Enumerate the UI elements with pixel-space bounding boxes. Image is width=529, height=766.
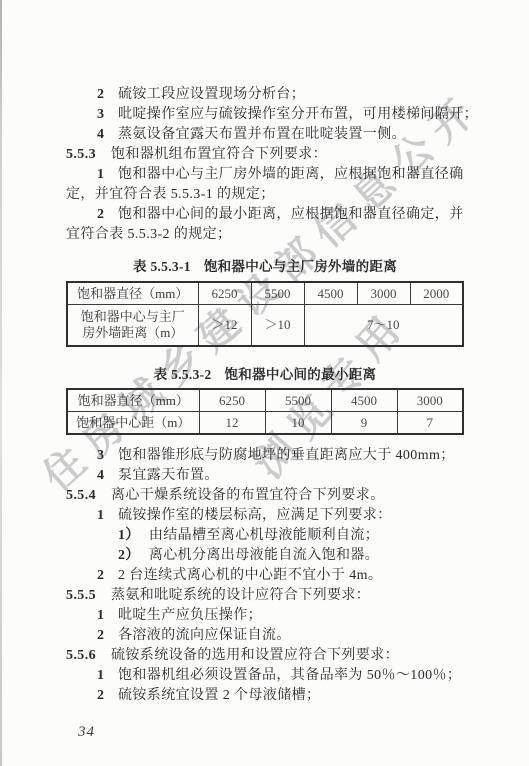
- item-number: 2: [97, 566, 105, 586]
- item-text: 由结晶槽至离心机母液能顺利自流；: [149, 528, 379, 543]
- item-text: 硫铵操作室的楼层标高，应满足下列要求：: [118, 508, 392, 523]
- item-number: 2: [97, 85, 105, 105]
- item-text: 吡啶操作室应与硫铵操作室分开布置，可用楼梯间隔开；: [118, 107, 478, 122]
- body-line: 1硫铵操作室的楼层标高，应满足下列要求：: [66, 506, 464, 526]
- item-number: 4: [97, 466, 105, 486]
- value-cell: 6250: [198, 282, 251, 305]
- page-number: 34: [78, 724, 464, 741]
- item-number: 1: [97, 666, 105, 686]
- body-line: 3饱和器锥形底与防腐地坪的垂直距离应大于 400mm；: [66, 446, 464, 466]
- row-label-cell: 饱和器直径（mm）: [67, 389, 199, 412]
- body-line: 2硫铵系统宜设置 2 个母液储槽；: [66, 686, 464, 706]
- body-line-continuation: 宜符合表 5.5.3-2 的规定；: [66, 225, 464, 245]
- row-label-cell: 饱和器中心距（m）: [67, 412, 199, 435]
- item-text: 各溶液的流向应保证自流。: [118, 628, 291, 643]
- value-cell-merged: 7～10: [304, 305, 463, 347]
- section-heading: 5.5.4离心干燥系统设备的布置宜符合下列要求。: [66, 486, 464, 506]
- row-label-cell: 饱和器中心与主厂房外墙距离（m）: [67, 305, 198, 347]
- sub-item-line: 1）由结晶槽至离心机母液能顺利自流；: [66, 526, 464, 546]
- item-text: 硫铵系统宜设置 2 个母液储槽；: [118, 688, 320, 703]
- item-text: 饱和器锥形底与防腐地坪的垂直距离应大于 400mm；: [118, 448, 455, 463]
- sub-item-number: 2）: [118, 548, 140, 563]
- section-number: 5.5.3: [66, 147, 96, 162]
- table-row: 饱和器直径（mm） 6250 5500 4500 3000 2000: [67, 282, 463, 305]
- value-cell: 2000: [410, 282, 463, 305]
- item-number: 1: [97, 606, 105, 626]
- section-number: 5.5.5: [66, 588, 96, 603]
- body-line: 2硫铵工段应设置现场分析台；: [66, 85, 464, 105]
- value-cell: 7: [397, 412, 463, 435]
- value-cell: 3000: [357, 282, 410, 305]
- value-cell: 4500: [304, 282, 357, 305]
- table-saturator-center-distance: 饱和器直径（mm） 6250 5500 4500 3000 饱和器中心距（m） …: [66, 388, 464, 435]
- row-label-cell: 饱和器直径（mm）: [67, 282, 198, 305]
- item-number: 2: [97, 686, 105, 706]
- table-2-caption-label: 表 5.5.3-2: [154, 367, 212, 382]
- value-cell: 9: [331, 412, 397, 435]
- item-text: 2 台连续式离心机的中心距不宜小于 4m。: [118, 568, 382, 583]
- item-number: 1: [97, 506, 105, 526]
- item-text: 饱和器中心与主厂房外墙的距离，应根据饱和器直径确: [118, 167, 464, 182]
- table-1-caption: 表 5.5.3-1饱和器中心与主厂房外墙的距离: [66, 258, 464, 276]
- sub-item-line: 2）离心机分离出母液能自流入饱和器。: [66, 546, 464, 566]
- section-text: 离心干燥系统设备的布置宜符合下列要求。: [111, 488, 385, 503]
- body-line-continuation: 定，并宜符合表 5.5.3-1 的规定；: [66, 185, 464, 205]
- value-cell: 3000: [397, 389, 463, 412]
- section-number: 5.5.4: [66, 488, 96, 503]
- table-row: 饱和器中心距（m） 12 10 9 7: [67, 412, 463, 435]
- body-line: 4泵宜露天布置。: [66, 466, 464, 486]
- section-text: 饱和器机组布置宜符合下列要求：: [111, 147, 327, 162]
- item-number: 4: [97, 125, 105, 145]
- table-1-caption-label: 表 5.5.3-1: [133, 259, 191, 274]
- value-cell: ＞12: [198, 305, 251, 347]
- body-line: 2各溶液的流向应保证自流。: [66, 626, 464, 646]
- value-cell: 12: [199, 412, 265, 435]
- body-line: 1饱和器中心与主厂房外墙的距离，应根据饱和器直径确: [66, 165, 464, 185]
- item-text: 吡啶生产应负压操作；: [118, 608, 262, 623]
- table-row: 饱和器直径（mm） 6250 5500 4500 3000: [67, 389, 463, 412]
- body-line: 3吡啶操作室应与硫铵操作室分开布置，可用楼梯间隔开；: [66, 105, 464, 125]
- item-number: 2: [97, 626, 105, 646]
- item-text: 离心机分离出母液能自流入饱和器。: [149, 548, 379, 563]
- value-cell: 10: [265, 412, 331, 435]
- item-text: 硫铵工段应设置现场分析台；: [118, 87, 305, 102]
- document-page: 住房城乡建设部信息公开 浏览专用 2硫铵工段应设置现场分析台； 3吡啶操作室应与…: [0, 0, 529, 766]
- value-cell: 6250: [199, 389, 265, 412]
- section-number: 5.5.6: [66, 648, 96, 663]
- body-line: 2饱和器中心间的最小距离，应根据饱和器直径确定，并: [66, 205, 464, 225]
- value-cell: 5500: [265, 389, 331, 412]
- item-text: 蒸氨设备宜露天布置并布置在吡啶装置一侧。: [118, 127, 406, 142]
- section-text: 蒸氨和吡啶系统的设计应符合下列要求：: [111, 588, 370, 603]
- item-text: 饱和器机组必须设置备品，其备品率为 50％～100％；: [118, 668, 461, 683]
- item-text: 饱和器中心间的最小距离，应根据饱和器直径确定，并: [118, 207, 464, 222]
- section-heading: 5.5.3饱和器机组布置宜符合下列要求：: [66, 145, 464, 165]
- value-cell: ＞10: [251, 305, 304, 347]
- table-row: 饱和器中心与主厂房外墙距离（m） ＞12 ＞10 7～10: [67, 305, 463, 347]
- table-saturator-wall-distance: 饱和器直径（mm） 6250 5500 4500 3000 2000 饱和器中心…: [66, 281, 464, 347]
- body-line: 22 台连续式离心机的中心距不宜小于 4m。: [66, 566, 464, 586]
- item-text: 宜符合表 5.5.3-2 的规定；: [66, 227, 231, 242]
- scan-edge-artifact: [0, 0, 2, 766]
- body-line: 1吡啶生产应负压操作；: [66, 606, 464, 626]
- item-number: 3: [97, 446, 105, 466]
- table-1-caption-title: 饱和器中心与主厂房外墙的距离: [204, 259, 397, 274]
- body-line: 4蒸氨设备宜露天布置并布置在吡啶装置一侧。: [66, 125, 464, 145]
- sub-item-number: 1）: [118, 528, 140, 543]
- item-number: 1: [97, 165, 105, 185]
- body-line: 1饱和器机组必须设置备品，其备品率为 50％～100％；: [66, 666, 464, 686]
- item-text: 定，并宜符合表 5.5.3-1 的规定；: [66, 187, 275, 202]
- item-text: 泵宜露天布置。: [118, 468, 219, 483]
- section-text: 硫铵系统设备的选用和设置应符合下列要求：: [111, 648, 399, 663]
- section-heading: 5.5.6硫铵系统设备的选用和设置应符合下列要求：: [66, 646, 464, 666]
- section-heading: 5.5.5蒸氨和吡啶系统的设计应符合下列要求：: [66, 586, 464, 606]
- value-cell: 4500: [331, 389, 397, 412]
- item-number: 3: [97, 105, 105, 125]
- item-number: 2: [97, 205, 105, 225]
- page-content: 2硫铵工段应设置现场分析台； 3吡啶操作室应与硫铵操作室分开布置，可用楼梯间隔开…: [66, 0, 464, 741]
- value-cell: 5500: [251, 282, 304, 305]
- table-2-caption-title: 饱和器中心间的最小距离: [225, 367, 377, 382]
- table-2-caption: 表 5.5.3-2饱和器中心间的最小距离: [66, 366, 464, 384]
